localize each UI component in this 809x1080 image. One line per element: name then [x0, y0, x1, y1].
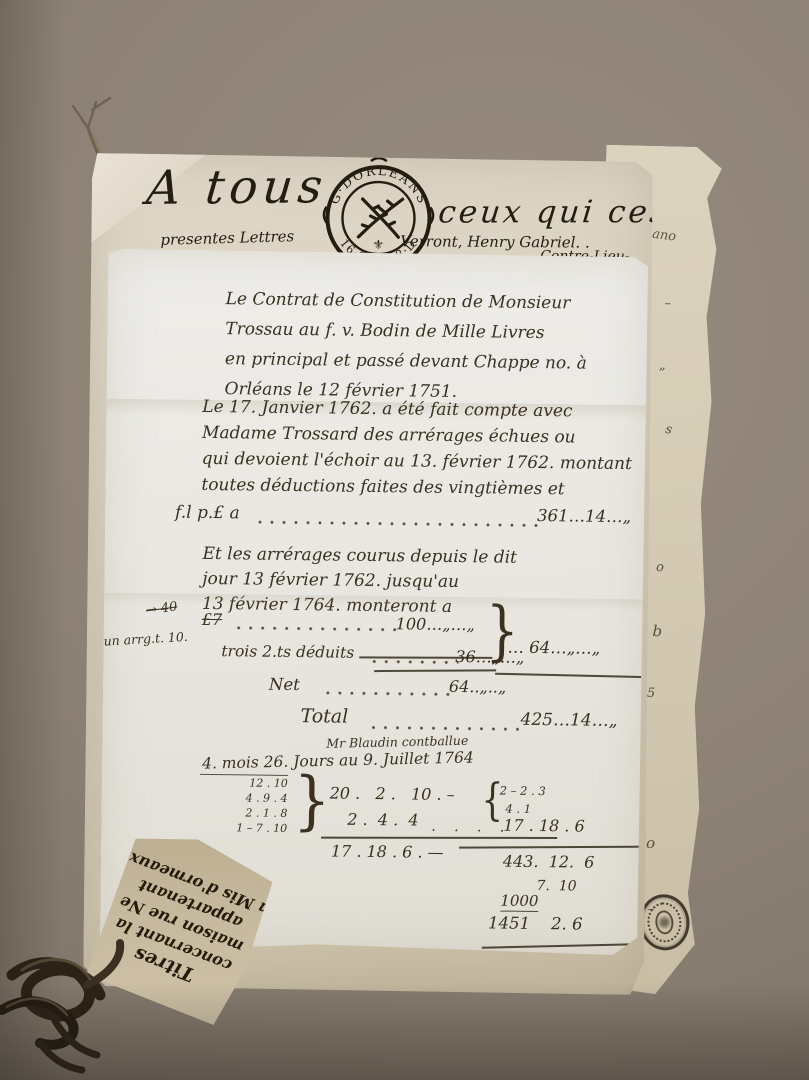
calc1-row1-value: 100…„…„	[396, 614, 475, 634]
right-col-row2: 443. 12. 6	[503, 852, 595, 872]
manuscript-fragment: ano	[651, 227, 677, 245]
dotted-leader	[371, 726, 523, 731]
total-value: 425…14…„	[520, 710, 617, 731]
trailing-rule	[495, 673, 641, 678]
calc2-row2: 2 . 4 . 4	[347, 810, 418, 830]
overline	[359, 656, 492, 658]
dots-row: . . . .	[431, 819, 511, 836]
sum-rule	[321, 837, 557, 839]
paragraph-arrerages: Et les arrérages courus depuis le dit jo…	[202, 542, 517, 621]
fleur-de-lis-icon: ⚜	[372, 238, 384, 253]
calc1-result: … 64…„…„	[507, 638, 600, 658]
note-row2: 4 . 1	[505, 802, 531, 816]
margin-note: un arrg.t. 10.	[103, 629, 188, 649]
right-col-row4: 1000	[500, 892, 538, 912]
document-photo: ano – „ s ſs o b 5 lo – A tous ceux qui …	[0, 0, 809, 1080]
manuscript-fragment: –	[664, 296, 671, 311]
right-col-row1: 17 . 18 . 6	[503, 816, 585, 836]
calc1-row2-label: trois 2.ts déduits	[221, 642, 354, 662]
right-col-row3: 7. 10	[536, 878, 576, 894]
amount1-label: f.l p.£ a	[175, 503, 240, 524]
dotted-leader	[258, 521, 538, 527]
underline	[374, 669, 496, 672]
section2-subheading: 4. mois 26. Jours au 9. Juillet 1764	[202, 748, 474, 772]
right-col-rule1	[459, 846, 639, 849]
net-label: Net	[269, 675, 300, 694]
dotted-leader	[237, 626, 399, 631]
header-line2-left: presentes Lettres	[160, 227, 294, 249]
manuscript-fragment: „	[659, 358, 666, 373]
manuscript-fragment: o	[656, 560, 664, 575]
paragraph-compte-1762: Le 17. Janvier 1762. a été fait compte a…	[201, 394, 632, 503]
twine-knot-bottom	[0, 915, 192, 1080]
crossed-branches-icon	[358, 199, 402, 237]
calc1-row1-label: £7	[202, 610, 223, 629]
manuscript-fragment: 5	[647, 686, 656, 701]
margin-struck-number: → 40	[145, 599, 178, 618]
mini-figures-column: 12 . 10 4 . 9 . 4 2 . 1 . 8 1 – 7 . 10	[199, 774, 288, 836]
header-calligraphy-left: A tous	[144, 159, 330, 216]
mini-brace: }	[293, 768, 331, 832]
amount1-value: 361…14…„	[537, 506, 631, 526]
calc2-sum: 17 . 18 . 6 . —	[331, 841, 444, 861]
right-col-row5: 1451 2. 6	[488, 913, 583, 933]
manuscript-fragment: b	[652, 622, 662, 640]
paragraph-contract: Le Contrat de Constitution de Monsieur T…	[202, 284, 587, 409]
header-calligraphy-right: ceux qui ces-	[437, 194, 684, 230]
calc2-row1: 20 . 2 . 10 . –	[330, 783, 455, 804]
total-label: Total	[300, 705, 348, 728]
manuscript-fragment: s	[664, 422, 674, 438]
dotted-leader	[372, 660, 458, 664]
dotted-leader	[326, 691, 450, 696]
svg-text:G·DORLEANS: G·DORLEANS	[326, 162, 431, 207]
net-value: 64..„..„	[449, 677, 507, 697]
note-row1: 2 – 2 . 3	[500, 784, 546, 799]
ink-seal-stamp-icon	[636, 892, 692, 953]
